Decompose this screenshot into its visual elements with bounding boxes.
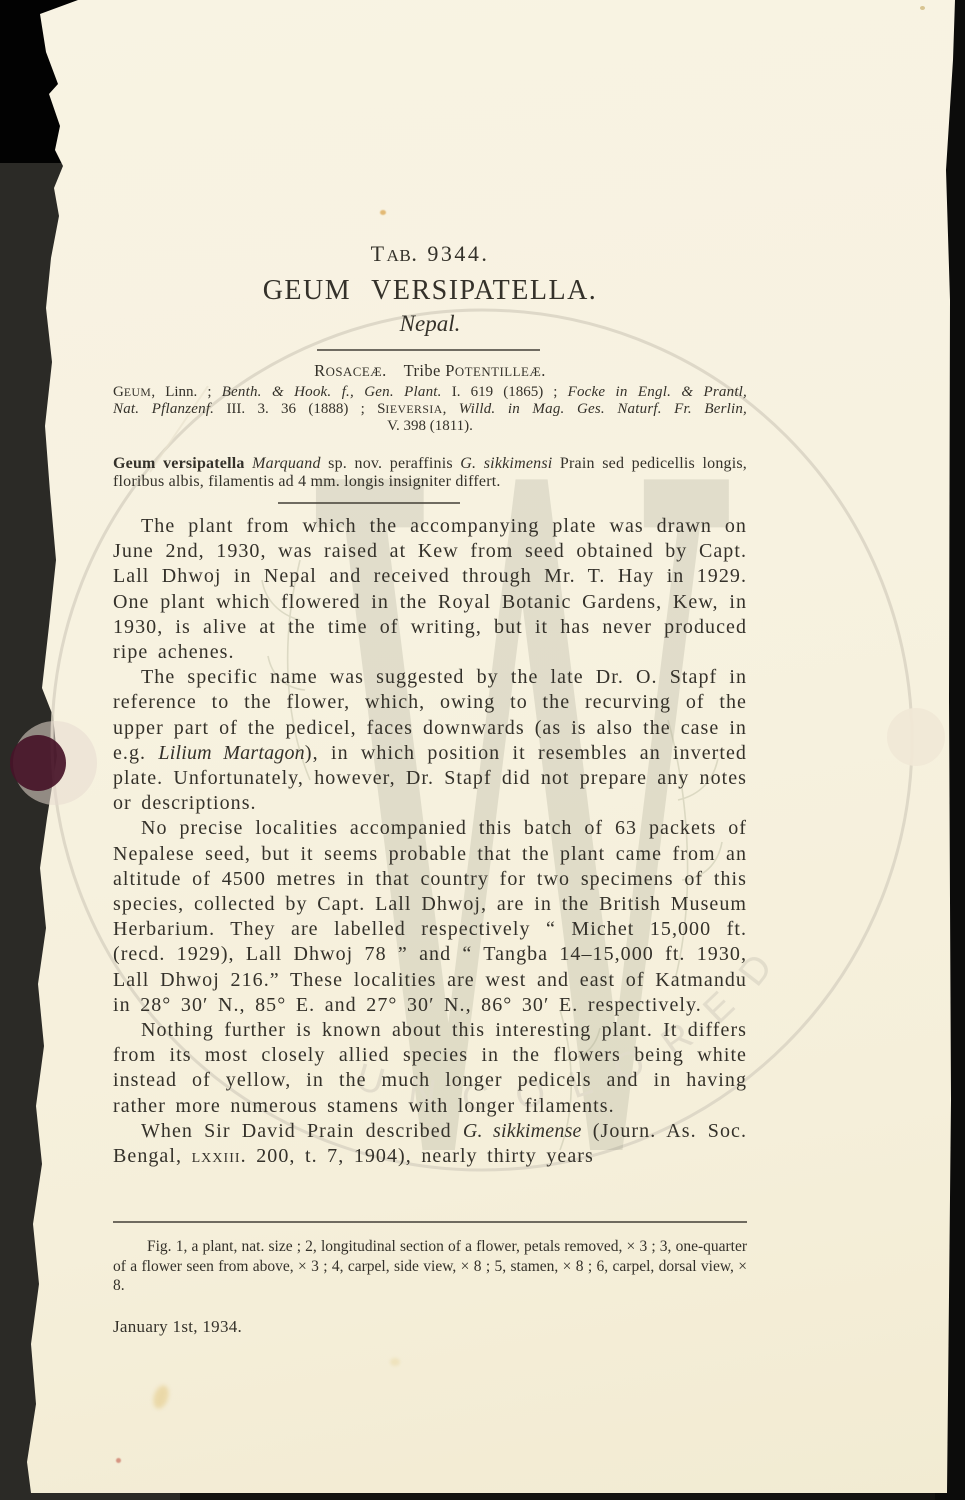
latin-diagnosis: Geum versipatella Marquand sp. nov. pera… xyxy=(113,455,747,491)
paper-stain xyxy=(380,210,386,215)
locality-subtitle: Nepal. xyxy=(113,311,747,337)
paper-stain xyxy=(116,1458,121,1463)
plate-number: TAB. 9344. xyxy=(113,241,747,267)
body-paragraph: The specific name was suggested by the l… xyxy=(113,665,747,816)
paper-stain xyxy=(151,1383,172,1410)
body-paragraph: The plant from which the accompanying pl… xyxy=(113,514,747,665)
paper-stain xyxy=(390,1358,400,1366)
citation-line: GEUM, Linn. ; Benth. & Hook. f., Gen. Pl… xyxy=(113,384,747,401)
body-paragraph: When Sir David Prain described G. sikkim… xyxy=(113,1119,747,1169)
species-title: GEUM VERSIPATELLA. xyxy=(113,275,747,307)
citation-line: V. 398 (1811). xyxy=(113,418,747,435)
body-paragraph: No precise localities accompanied this b… xyxy=(113,816,747,1018)
scanned-page: W UNCOLORED TAB. 9344. GEUM VERSIPATELLA… xyxy=(0,0,965,1500)
divider-rule xyxy=(317,349,540,351)
body-text: The plant from which the accompanying pl… xyxy=(113,514,747,1169)
body-paragraph: Nothing further is known about this inte… xyxy=(113,1018,747,1119)
divider-rule xyxy=(278,502,460,504)
family-tribe-line: ROSACEÆ. Tribe POTENTILLEÆ. xyxy=(113,361,747,381)
nomenclature-citation: GEUM, Linn. ; Benth. & Hook. f., Gen. Pl… xyxy=(113,384,747,435)
figure-caption-rule xyxy=(113,1221,747,1223)
figure-caption: Fig. 1, a plant, nat. size ; 2, longitud… xyxy=(113,1237,747,1296)
paper-stain xyxy=(920,6,925,10)
citation-line: Nat. Pflanzenf. III. 3. 36 (1888) ; SIEV… xyxy=(113,401,747,418)
publication-date: January 1st, 1934. xyxy=(113,1317,747,1337)
